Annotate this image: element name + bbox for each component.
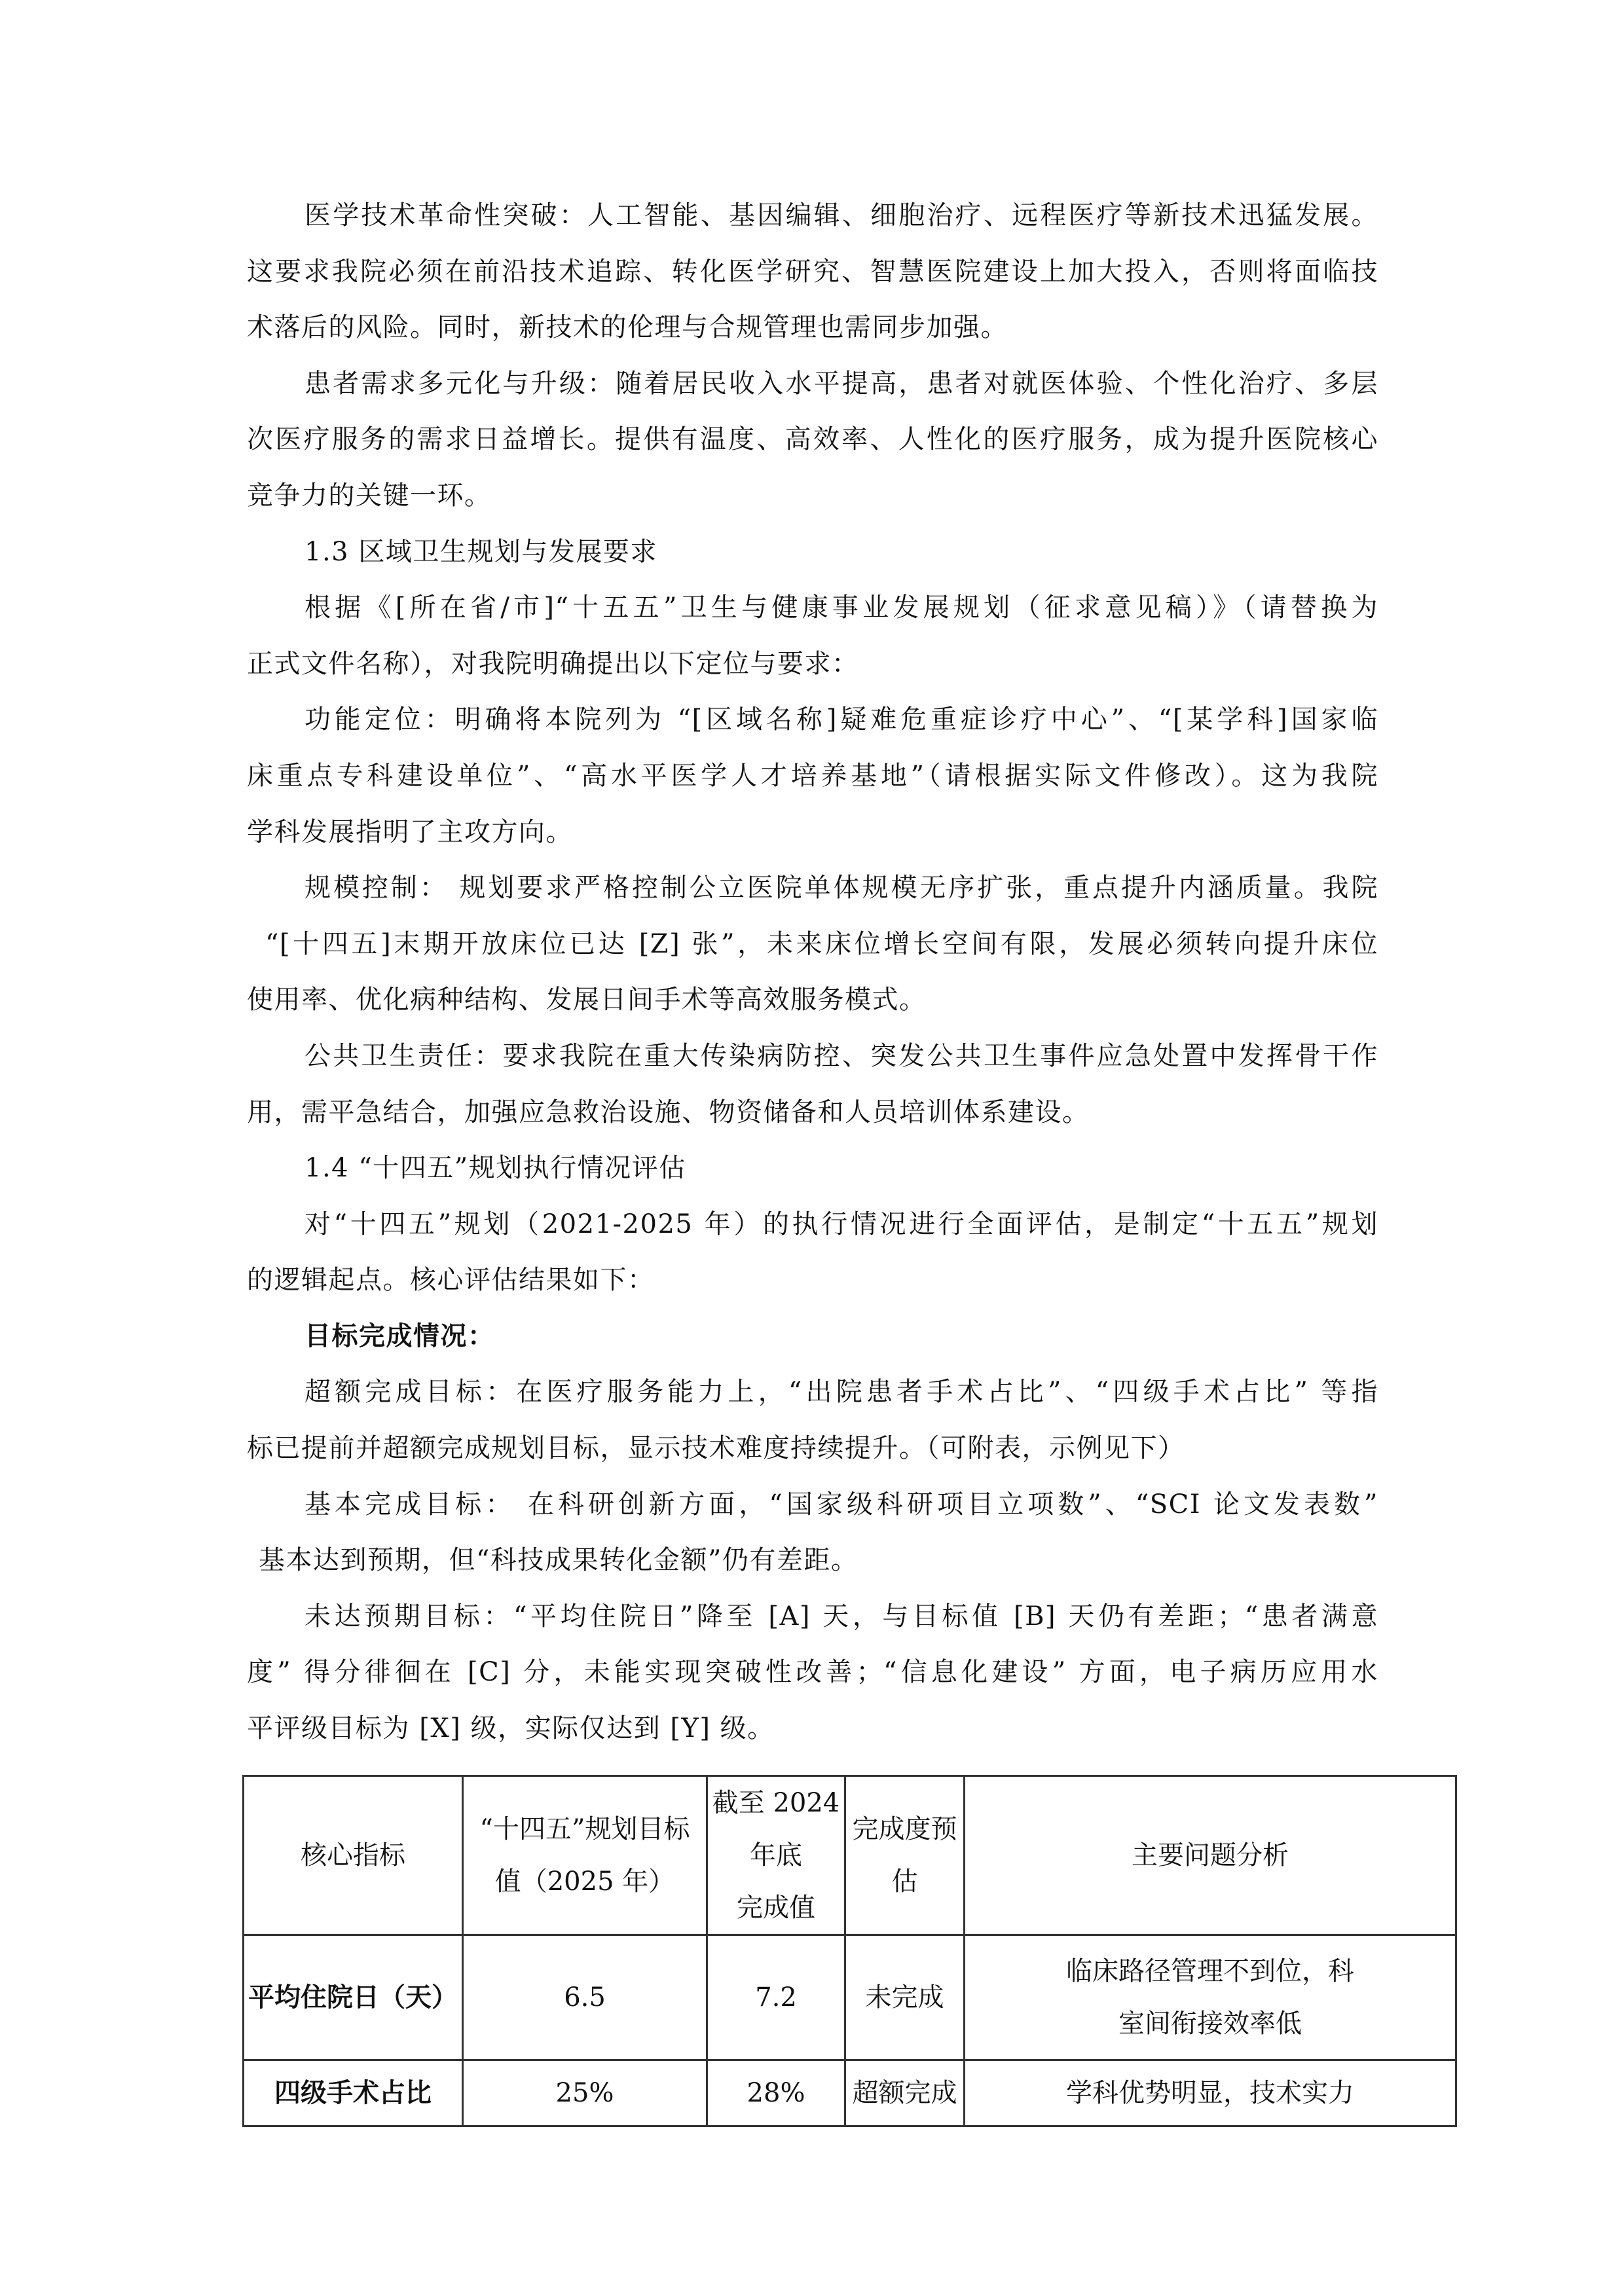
text-line: 床重点专科建设单位”、“高水平医学人才培养基地”（请根据实际文件修改）。这为我院 [247,748,1378,805]
text-line: 根据《[所在省/市]“十五五”卫生与健康事业发展规划（征求意见稿）》（请替换为 [247,580,1378,636]
cell-actual: 7.2 [707,1935,845,2060]
text-line: 基本达到预期，但“科技成果转化金额”仍有差距。 [247,1533,1378,1589]
header-problem-analysis: 主要问题分析 [965,1776,1456,1935]
paragraph-basic-goals: 基本完成目标： 在科研创新方面，“国家级科研项目立项数”、“SCI 论文发表数”… [247,1477,1378,1589]
text-line: 正式文件名称），对我院明确提出以下定位与要求： [247,636,1378,693]
text-line: 次医疗服务的需求日益增长。提供有温度、高效率、人性化的医疗服务，成为提升医院核心 [247,412,1378,468]
header-core-indicator: 核心指标 [244,1776,463,1935]
paragraph-tech-breakthrough: 医学技术革命性突破：人工智能、基因编辑、细胞治疗、远程医疗等新技术迅猛发展。 这… [247,188,1378,356]
kpi-evaluation-table: 核心指标 “十四五”规划目标值（2025 年） 截至 2024 年底完成值 完成… [242,1775,1457,2127]
cell-target: 25% [463,2060,707,2126]
paragraph-evaluation-intro: 对“十四五”规划（2021-2025 年）的执行情况进行全面评估，是制定“十五五… [247,1197,1378,1309]
text-line: 未达预期目标：“平均住院日”降至 [A] 天，与目标值 [B] 天仍有差距；“患… [247,1589,1378,1645]
paragraph-scale-control: 规模控制： 规划要求严格控制公立医院单体规模无序扩张，重点提升内涵质量。我院 “… [247,860,1378,1029]
text-line: 的逻辑起点。核心评估结果如下： [247,1252,1378,1309]
header-completion-estimate: 完成度预估 [845,1776,965,1935]
cell-indicator: 四级手术占比 [244,2060,463,2126]
section-1-3-heading: 1.3 区域卫生规划与发展要求 [247,524,1378,581]
body-text: 医学技术革命性突破：人工智能、基因编辑、细胞治疗、远程医疗等新技术迅猛发展。 这… [247,188,1378,1757]
text-line: 规模控制： 规划要求严格控制公立医院单体规模无序扩张，重点提升内涵质量。我院 [247,860,1378,917]
table-row: 平均住院日（天） 6.5 7.2 未完成 临床路径管理不到位，科室间衔接效率低 [244,1935,1456,2060]
text-line: 超额完成目标：在医疗服务能力上，“出院患者手术占比”、“四级手术占比” 等指 [247,1364,1378,1421]
paragraph-patient-demand: 患者需求多元化与升级：随着居民收入水平提高，患者对就医体验、个性化治疗、多层 次… [247,356,1378,524]
cell-target: 6.5 [463,1935,707,2060]
text-line: 使用率、优化病种结构、发展日间手术等高效服务模式。 [247,972,1378,1029]
text-line: 平评级目标为 [X] 级，实际仅达到 [Y] 级。 [247,1701,1378,1757]
text-line: 术落后的风险。同时，新技术的伦理与合规管理也需同步加强。 [247,300,1378,356]
header-target-value: “十四五”规划目标值（2025 年） [463,1776,707,1935]
text-line: 基本完成目标： 在科研创新方面，“国家级科研项目立项数”、“SCI 论文发表数” [247,1477,1378,1533]
text-line: 医学技术革命性突破：人工智能、基因编辑、细胞治疗、远程医疗等新技术迅猛发展。 [247,188,1378,244]
table-row: 四级手术占比 25% 28% 超额完成 学科优势明显，技术实力 [244,2060,1456,2126]
cell-indicator: 平均住院日（天） [244,1935,463,2060]
text-line: 公共卫生责任：要求我院在重大传染病防控、突发公共卫生事件应急处置中发挥骨干作 [247,1029,1378,1085]
cell-actual: 28% [707,2060,845,2126]
paragraph-exceeded-goals: 超额完成目标：在医疗服务能力上，“出院患者手术占比”、“四级手术占比” 等指 标… [247,1364,1378,1476]
document-page: 医学技术革命性突破：人工智能、基因编辑、细胞治疗、远程医疗等新技术迅猛发展。 这… [0,0,1624,2296]
text-line: 竞争力的关键一环。 [247,468,1378,524]
cell-completion: 未完成 [845,1935,965,2060]
section-1-4-heading: 1.4 “十四五”规划执行情况评估 [247,1140,1378,1197]
text-line: 标已提前并超额完成规划目标，显示技术难度持续提升。（可附表，示例见下） [247,1421,1378,1477]
text-line: “[十四五]末期开放床位已达 [Z] 张”，未来床位增长空间有限，发展必须转向提… [247,917,1378,973]
paragraph-regional-plan: 根据《[所在省/市]“十五五”卫生与健康事业发展规划（征求意见稿）》（请替换为 … [247,580,1378,692]
goal-completion-heading: 目标完成情况： [247,1309,1378,1365]
text-line: 用，需平急结合，加强应急救治设施、物资储备和人员培训体系建设。 [247,1085,1378,1141]
text-line: 这要求我院必须在前沿技术追踪、转化医学研究、智慧医院建设上加大投入，否则将面临技 [247,244,1378,301]
paragraph-function-positioning: 功能定位：明确将本院列为 “[区域名称]疑难危重症诊疗中心”、“[某学科]国家临… [247,692,1378,860]
cell-analysis: 学科优势明显，技术实力 [965,2060,1456,2126]
table-header-row: 核心指标 “十四五”规划目标值（2025 年） 截至 2024 年底完成值 完成… [244,1776,1456,1935]
paragraph-public-health: 公共卫生责任：要求我院在重大传染病防控、突发公共卫生事件应急处置中发挥骨干作 用… [247,1029,1378,1140]
text-line: 功能定位：明确将本院列为 “[区域名称]疑难危重症诊疗中心”、“[某学科]国家临 [247,692,1378,748]
cell-completion: 超额完成 [845,2060,965,2126]
text-line: 度” 得分徘徊在 [C] 分，未能实现突破性改善；“信息化建设” 方面，电子病历… [247,1645,1378,1701]
paragraph-unmet-goals: 未达预期目标：“平均住院日”降至 [A] 天，与目标值 [B] 天仍有差距；“患… [247,1589,1378,1757]
text-line: 对“十四五”规划（2021-2025 年）的执行情况进行全面评估，是制定“十五五… [247,1197,1378,1253]
header-actual-2024: 截至 2024 年底完成值 [707,1776,845,1935]
cell-analysis: 临床路径管理不到位，科室间衔接效率低 [965,1935,1456,2060]
text-line: 学科发展指明了主攻方向。 [247,805,1378,861]
text-line: 患者需求多元化与升级：随着居民收入水平提高，患者对就医体验、个性化治疗、多层 [247,356,1378,412]
